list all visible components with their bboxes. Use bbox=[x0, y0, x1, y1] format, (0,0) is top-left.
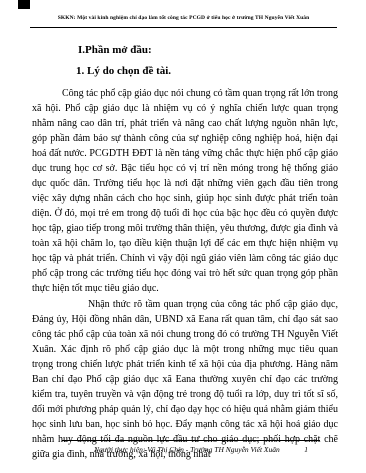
document-body: I.Phần mở đầu: 1. Lý do chọn đề tài. Côn… bbox=[32, 44, 338, 462]
section-heading: I.Phần mở đầu: bbox=[78, 44, 338, 57]
running-footer: Người thực hiện: Vũ Thị Chín - Trường TH… bbox=[62, 440, 320, 454]
document-page: SKKN: Một vài kinh nghiệm chỉ đạo làm tố… bbox=[0, 0, 366, 473]
footer-page-number: 1 bbox=[304, 445, 308, 454]
scan-corner-artifact bbox=[18, 0, 30, 9]
running-header: SKKN: Một vài kinh nghiệm chỉ đạo làm tố… bbox=[30, 14, 337, 28]
sub-heading: 1. Lý do chọn đề tài. bbox=[76, 65, 338, 78]
paragraph-2: Nhận thức rõ tầm quan trọng của công tác… bbox=[32, 297, 338, 462]
paragraph-1: Công tác phổ cập giáo dục nói chung có t… bbox=[32, 86, 338, 296]
footer-author: Người thực hiện: Vũ Thị Chín - Trường TH… bbox=[94, 445, 280, 454]
